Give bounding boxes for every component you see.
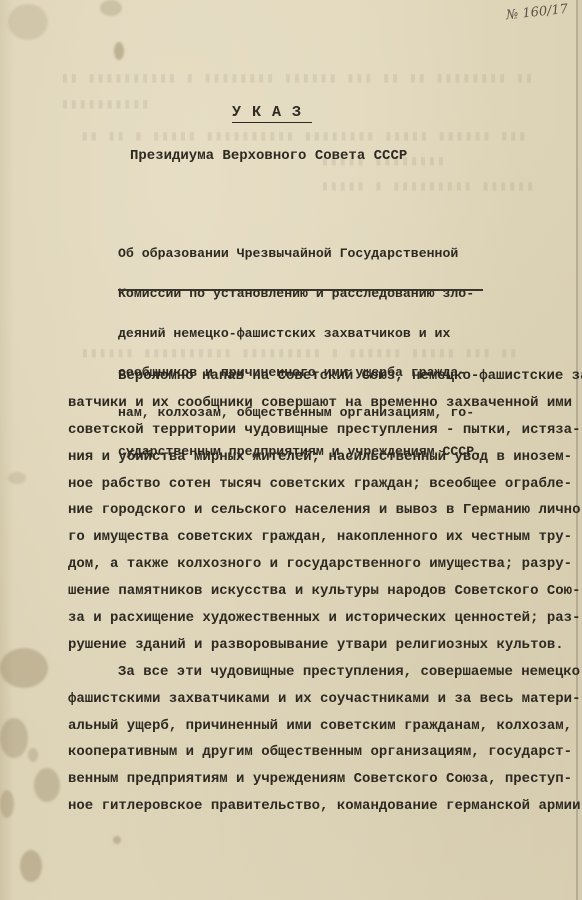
paragraph-1-line: рушение зданий и разворовывание утвари р… [68,632,556,659]
stain [20,850,42,882]
paragraph-2-line: альный ущерб, причиненный ими советским … [68,713,556,740]
bleed-through-text: ▮▮ ▮▮▮▮▮▮▮▮ ▮▮ ▮▮ ▮▮▮ ▮▮▮▮▮▮ ▮▮▮▮▮▮▮▮ ▮ … [60,70,533,87]
paragraph-2-line: За все эти чудовищные преступления, сове… [86,659,556,686]
stain [0,648,48,688]
document-subtitle: Президиума Верховного Совета СССР [130,148,407,164]
paragraph-2-line: фашистскими захватчиками и их соучастник… [68,686,556,713]
paragraph-2-line: венным предприятиям и учреждениям Советс… [68,766,556,793]
paragraph-1-line: ния и убийства мирных жителей; насильств… [68,444,556,471]
page-edge-strip [578,0,582,900]
document-title: УКАЗ [0,104,582,121]
paragraph-2-line: кооперативным и другим общественным орга… [68,739,556,766]
heading-underline [118,289,483,291]
stain [28,748,38,762]
paragraph-1-line: ние городского и сельского населения и в… [68,497,556,524]
decree-body: Вероломно напав на Советский Союз, немец… [86,363,556,820]
paragraph-2-line: ное гитлеровское правительство, командов… [68,793,556,820]
stain [0,790,14,818]
document-page: ▮▮ ▮▮▮▮▮▮▮▮ ▮▮ ▮▮ ▮▮▮ ▮▮▮▮▮▮ ▮▮▮▮▮▮▮▮ ▮ … [0,0,582,900]
stain [113,836,121,844]
paragraph-1-line: Вероломно напав на Советский Союз, немец… [86,363,556,390]
title-text: УКАЗ [232,104,312,123]
paragraph-1-line: го имущества советских граждан, накоплен… [68,524,556,551]
stain [114,42,124,60]
stain [100,0,122,16]
heading-line: Об образовании Чрезвычайной Государствен… [118,247,478,260]
paragraph-1-line: за и расхищение художественных и историч… [68,605,556,632]
heading-line: деяний немецко-фашистских захватчиков и … [118,327,478,340]
stain [0,718,28,758]
stain [8,472,26,484]
paragraph-1-line: ватчики и их сообщники совершают на врем… [68,390,556,417]
archive-number: № 160/17 [505,2,568,23]
bleed-through-text: ▮▮▮ ▮▮▮▮▮▮ ▮▮▮▮▮ ▮▮▮▮▮▮▮▮ ▮▮▮▮▮▮▮▮▮▮ ▮▮▮… [80,128,526,145]
paragraph-1-line: ное рабство сотен тысяч советских гражда… [68,471,556,498]
stain [8,4,48,40]
paragraph-1-line: шение памятников искусства и культуры на… [68,578,556,605]
paragraph-1-line: дом, а также колхозного и государственно… [68,551,556,578]
paragraph-1-line: советской территории чудовищные преступл… [68,417,556,444]
bleed-through-text: ▮▮▮▮▮▮ ▮▮▮▮▮▮▮▮▮ ▮ ▮▮▮▮▮ [320,178,534,195]
stain [34,768,60,802]
